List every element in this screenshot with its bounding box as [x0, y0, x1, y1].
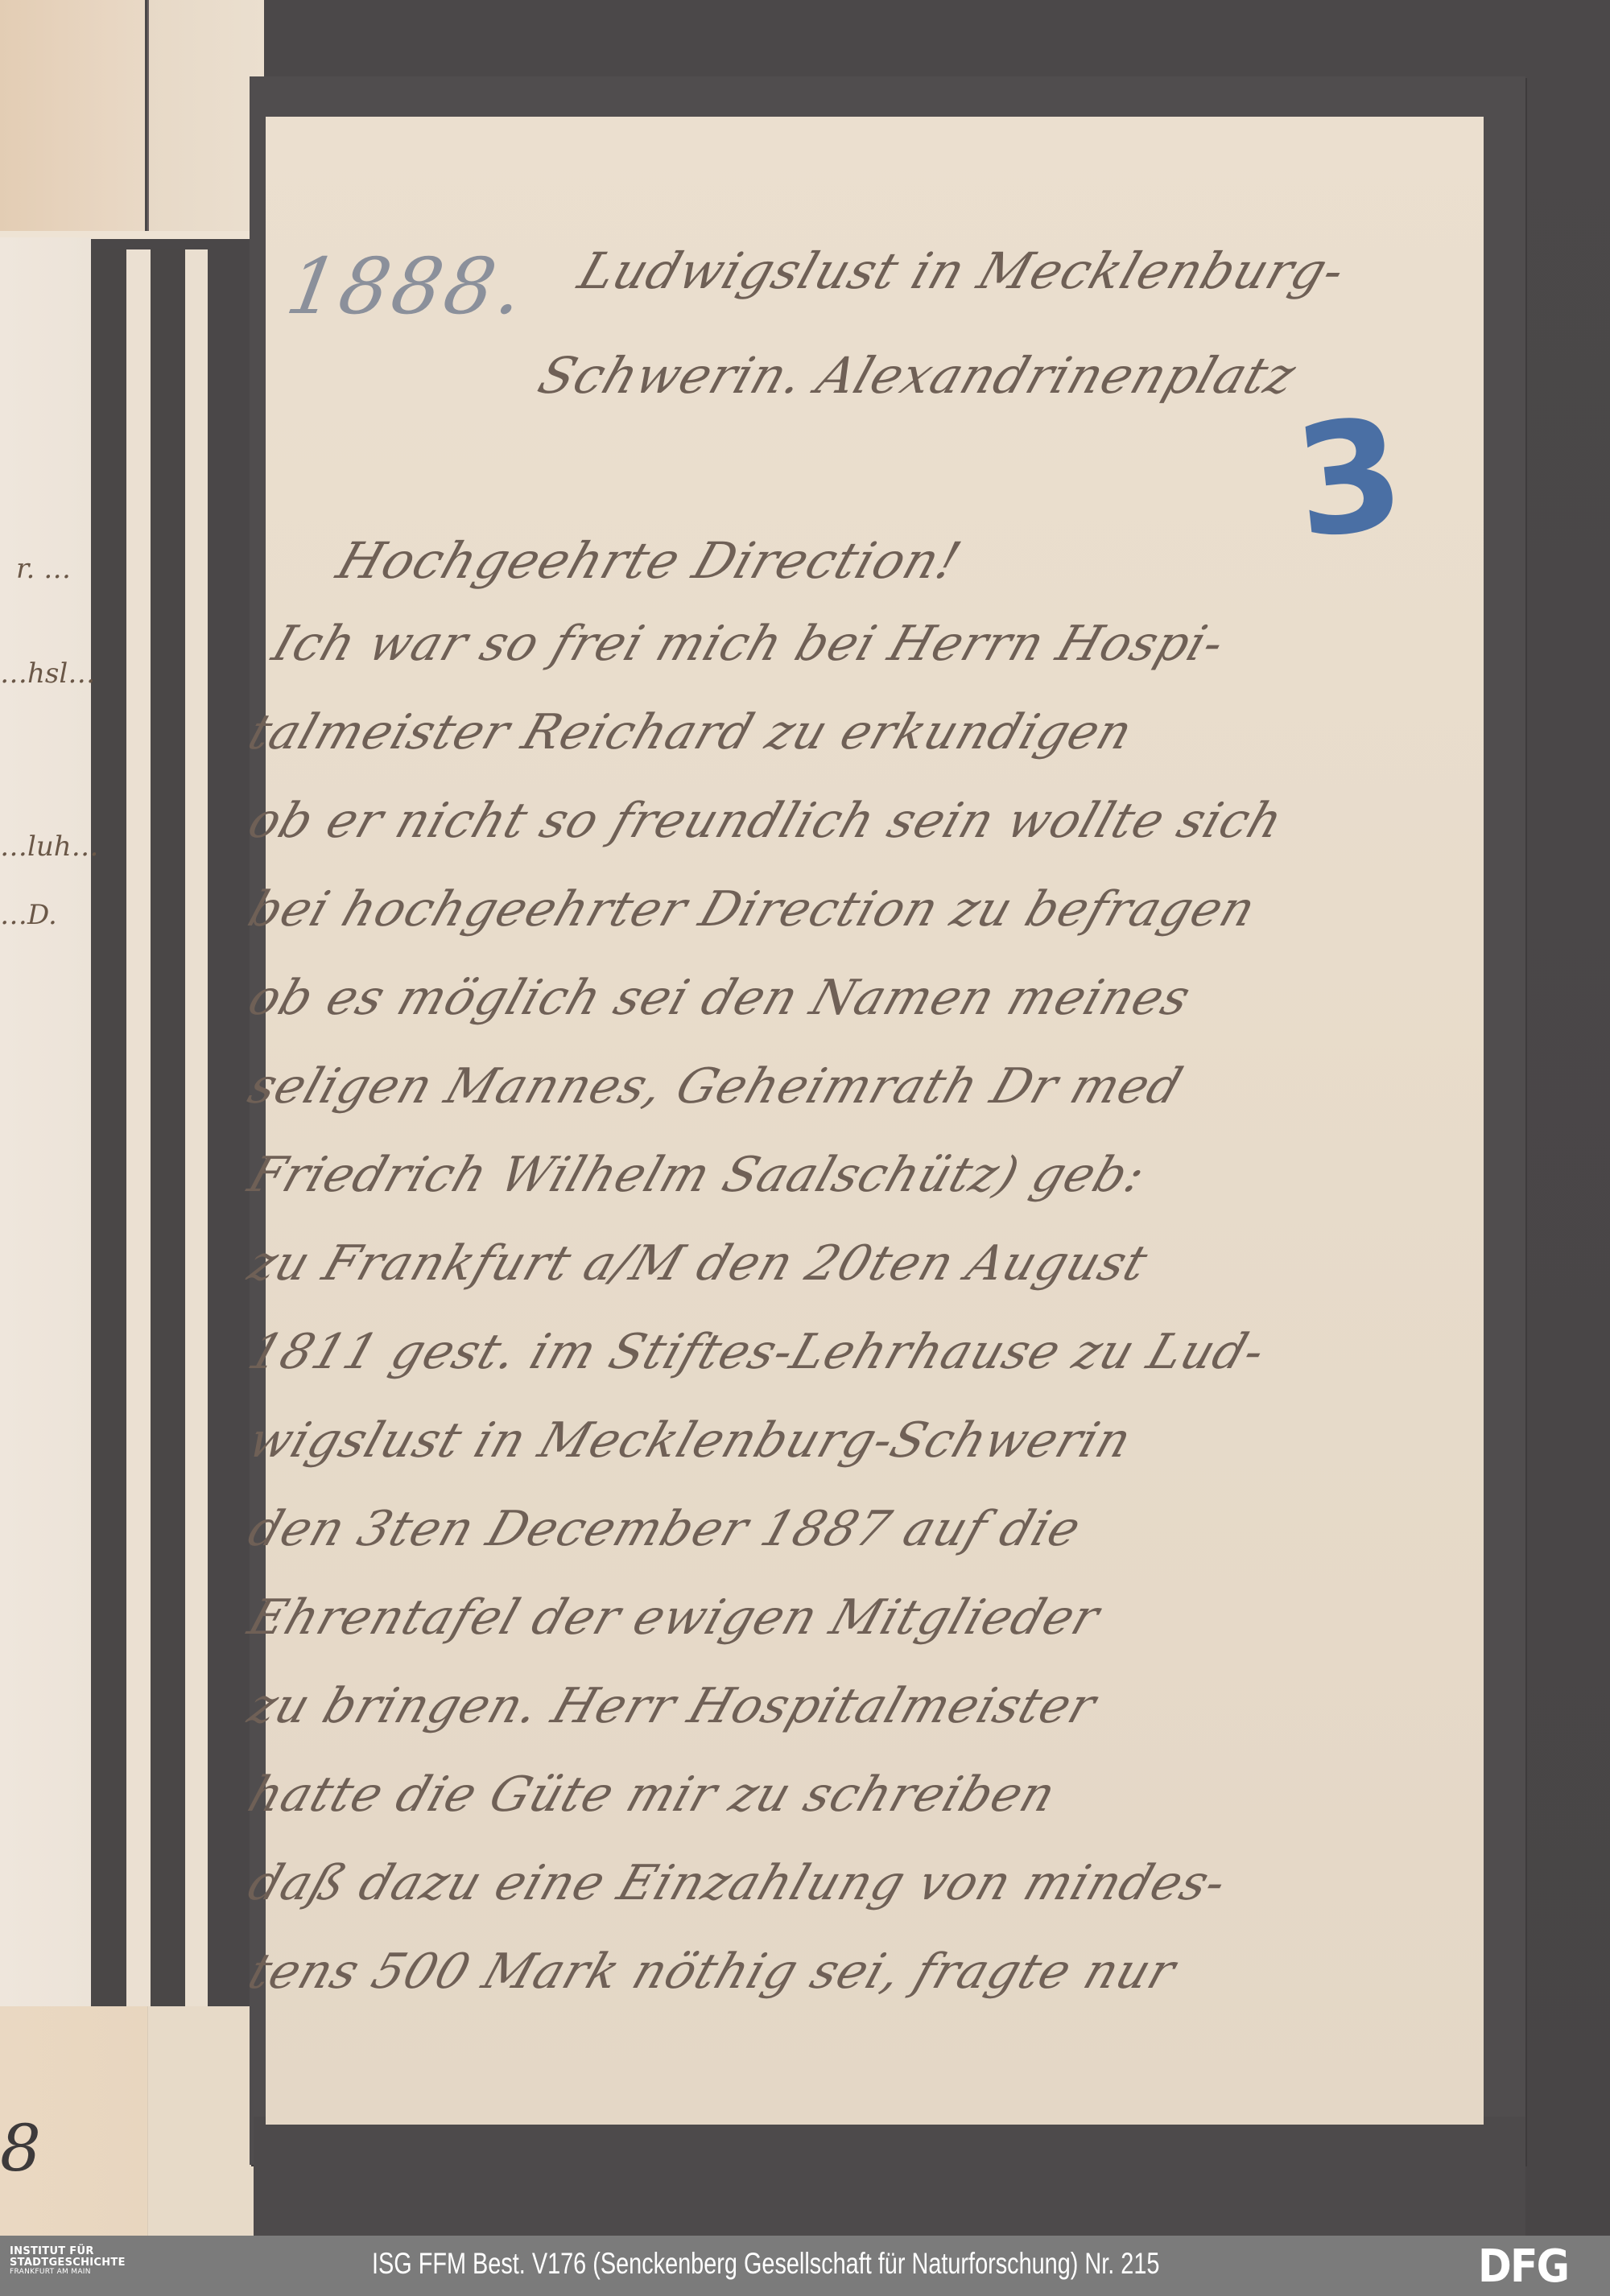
mourning-strip-gap-2	[185, 249, 208, 2008]
salutation: Hochgeehrte Direction!	[330, 531, 968, 590]
left-page-fragment: r. …	[16, 555, 71, 583]
institution-name-line-1: INSTITUT FÜR	[10, 2246, 126, 2257]
body-line: Friedrich Wilhelm Saalschütz) geb:	[242, 1147, 1153, 1203]
body-line: talmeister Reichard zu erkundigen	[242, 704, 1140, 761]
archive-caption: ISG FFM Best. V176 (Senckenberg Gesellsc…	[372, 2248, 1159, 2281]
header-place-line-2: Schwerin. Alexandrinenplatz	[531, 346, 1303, 405]
body-line: ob es möglich sei den Namen meines	[242, 970, 1198, 1026]
pencil-year-annotation: 1888.	[280, 241, 534, 332]
mourning-border-bar-right	[151, 249, 185, 2008]
adjacent-paper-top-left	[0, 0, 145, 233]
mourning-border-bottom	[254, 2117, 1525, 2236]
body-line: bei hochgeehrter Direction zu befragen	[242, 881, 1263, 938]
institution-location: FRANKFURT AM MAIN	[10, 2269, 126, 2276]
body-line: zu bringen. Herr Hospitalmeister	[242, 1678, 1104, 1734]
header-place-line-1: Ludwigslust in Mecklenburg-	[572, 241, 1352, 300]
dfg-logo: DFG	[1478, 2244, 1568, 2290]
body-line: Ehrentafel der ewigen Mitglieder	[242, 1589, 1107, 1646]
body-line: Ich war so frei mich bei Herrn Hospi-	[266, 616, 1232, 672]
folio-number: 3	[1288, 398, 1410, 561]
body-line: den 3ten December 1887 auf die	[242, 1501, 1088, 1557]
body-line: seligen Mannes, Geheimrath Dr med	[242, 1058, 1190, 1115]
body-line: daß dazu eine Einzahlung von mindes-	[242, 1855, 1234, 1911]
adjacent-paper-strip-bottom	[147, 2006, 254, 2236]
left-page-fragment: 8	[0, 2117, 41, 2181]
body-line: 1811 gest. im Stiftes-Lehrhause zu Lud-	[242, 1324, 1273, 1380]
mourning-strip-gap	[126, 249, 151, 2008]
left-page-fragment: …luh…	[0, 833, 99, 860]
left-page-fragment: …hsl…	[0, 660, 95, 687]
body-line: zu Frankfurt a/M den 20ten August	[242, 1235, 1155, 1292]
body-line: tens 500 Mark nöthig sei, fragte nur	[242, 1944, 1183, 2000]
body-line: ob er nicht so freundlich sein wollte si…	[242, 793, 1290, 849]
institution-name-line-2: STADTGESCHICHTE	[10, 2257, 126, 2269]
previous-letter-page	[0, 237, 91, 2008]
body-line: hatte die Güte mir zu schreiben	[242, 1766, 1063, 1823]
adjacent-paper-strip-top	[147, 0, 264, 233]
body-line: wigslust in Mecklenburg-Schwerin	[242, 1412, 1139, 1469]
left-page-fragment: …D.	[0, 901, 57, 929]
mourning-border-bar-left	[91, 249, 126, 2008]
institution-logo: INSTITUT FÜR STADTGESCHICHTE FRANKFURT A…	[10, 2246, 126, 2277]
